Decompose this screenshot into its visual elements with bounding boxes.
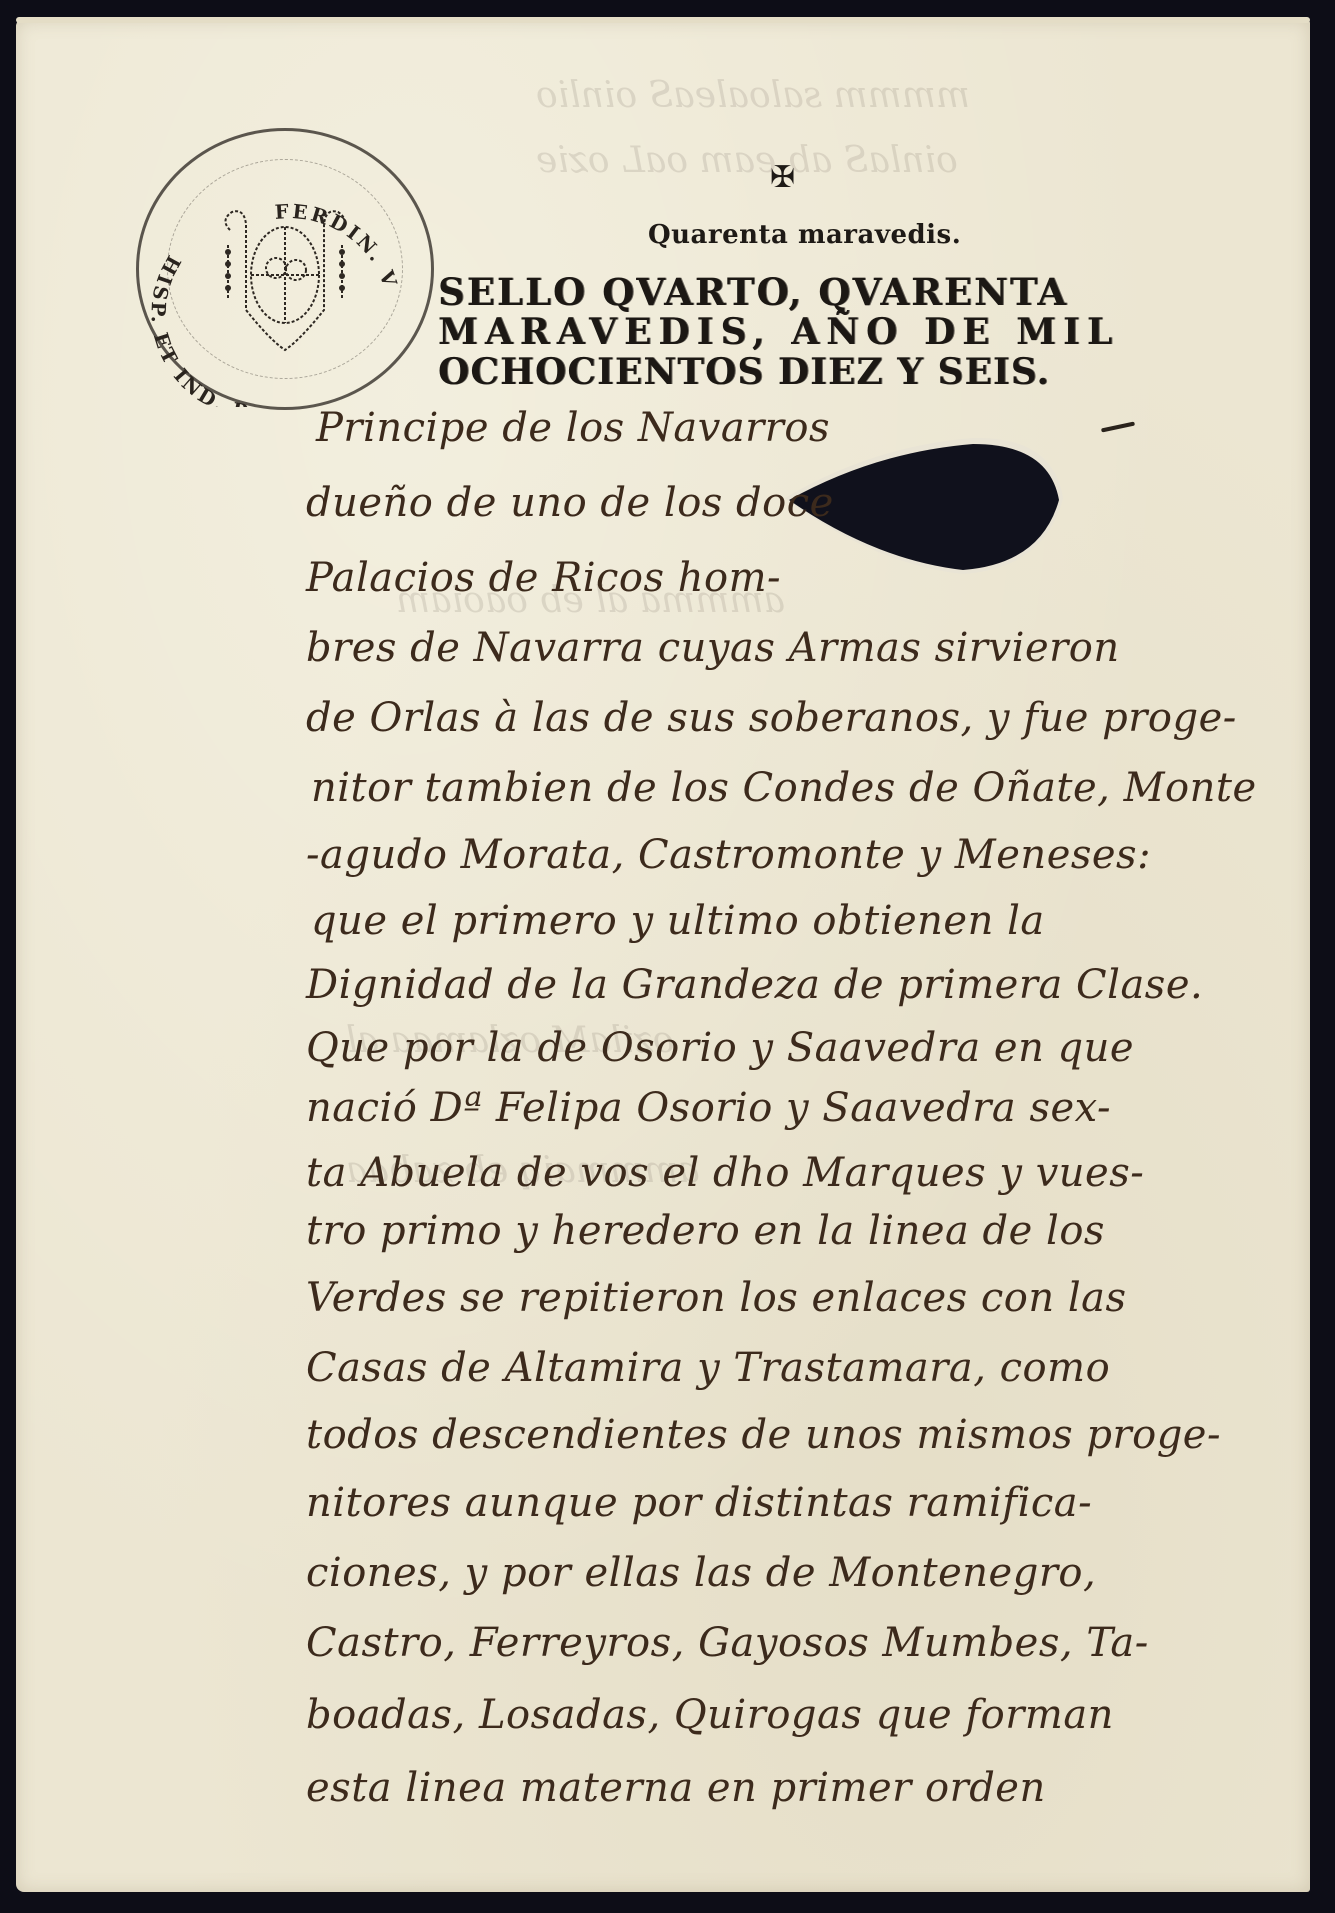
manuscript-line: nitor tambien de los Condes de Oñate, Mo… bbox=[311, 765, 1257, 811]
manuscript-line: de Orlas à las de sus soberanos, y fue p… bbox=[306, 695, 1237, 741]
manuscript-line: boadas, Losadas, Quirogas que forman bbox=[306, 1692, 1114, 1738]
manuscript-page: mmmm saloaleaS oinlio oinlaS ab eam oaL … bbox=[16, 20, 1310, 1892]
manuscript-line: Palacios de Ricos hom- bbox=[306, 555, 781, 601]
manuscript-line: Casas de Altamira y Trastamara, como bbox=[306, 1345, 1110, 1391]
manuscript-line: -agudo Morata, Castromonte y Meneses: bbox=[306, 832, 1151, 878]
manuscript-line: dueño de uno de los doce bbox=[306, 480, 834, 526]
manuscript-line: ta Abuela de vos el dho Marques y vues- bbox=[306, 1150, 1144, 1196]
manuscript-line: Principe de los Navarros bbox=[316, 405, 830, 451]
manuscript-line: Dignidad de la Grandeza de primera Clase… bbox=[306, 962, 1203, 1008]
manuscript-line: Verdes se repitieron los enlaces con las bbox=[306, 1275, 1127, 1321]
manuscript-line: nitores aunque por distintas ramifica- bbox=[306, 1480, 1092, 1526]
manuscript-line: Castro, Ferreyros, Gayosos Mumbes, Ta- bbox=[306, 1620, 1149, 1666]
manuscript-line: ciones, y por ellas las de Montenegro, bbox=[306, 1550, 1096, 1596]
manuscript-body: Principe de los Navarros dueño de uno de… bbox=[16, 20, 1310, 1892]
manuscript-line: Que por la de Osorio y Saavedra en que bbox=[306, 1025, 1134, 1071]
manuscript-line: nació Dª Felipa Osorio y Saavedra sex- bbox=[306, 1085, 1111, 1131]
manuscript-line: que el primero y ultimo obtienen la bbox=[311, 898, 1045, 944]
manuscript-line: bres de Navarra cuyas Armas sirvieron bbox=[306, 625, 1120, 671]
manuscript-line: todos descendientes de unos mismos proge… bbox=[306, 1412, 1221, 1458]
manuscript-line: tro primo y heredero en la linea de los bbox=[306, 1208, 1105, 1254]
manuscript-line: esta linea materna en primer orden bbox=[306, 1765, 1046, 1811]
